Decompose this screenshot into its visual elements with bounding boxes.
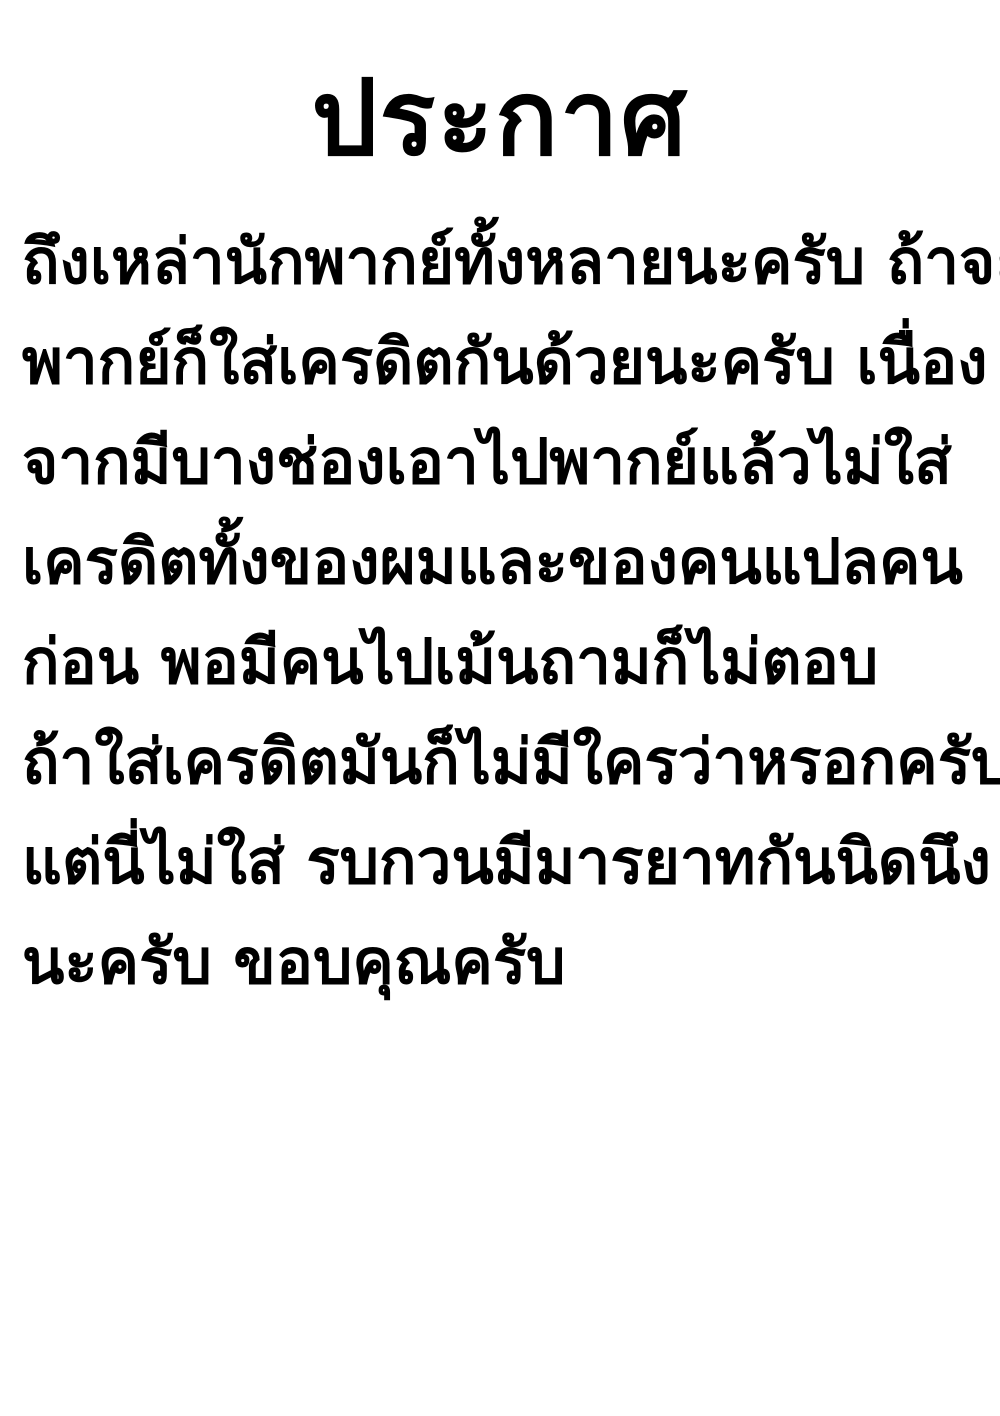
- body-line: ถึงเหล่านักพากย์ทั้งหลายนะครับ ถ้าจะ: [22, 212, 978, 312]
- body-line: ถ้าใส่เครดิตมันก็ไม่มีใครว่าหรอกครับ: [22, 712, 978, 812]
- body-line: แต่นี่ไม่ใส่ รบกวนมีมารยาทกันนิดนึง: [22, 812, 978, 912]
- body-line: นะครับ ขอบคุณครับ: [22, 912, 978, 1012]
- body-line: เครดิตทั้งของผมและของคนแปลคน: [22, 512, 978, 612]
- announcement-page: ประกาศ ถึงเหล่านักพากย์ทั้งหลายนะครับ ถ้…: [0, 0, 1000, 1416]
- body-line: พากย์ก็ใส่เครดิตกันด้วยนะครับ เนื่อง: [22, 312, 978, 412]
- page-title: ประกาศ: [0, 38, 1000, 198]
- body-line: ก่อน พอมีคนไปเม้นถามก็ไม่ตอบ: [22, 612, 978, 712]
- body-line: จากมีบางช่องเอาไปพากย์แล้วไม่ใส่: [22, 412, 978, 512]
- announcement-body: ถึงเหล่านักพากย์ทั้งหลายนะครับ ถ้าจะ พาก…: [0, 212, 1000, 1012]
